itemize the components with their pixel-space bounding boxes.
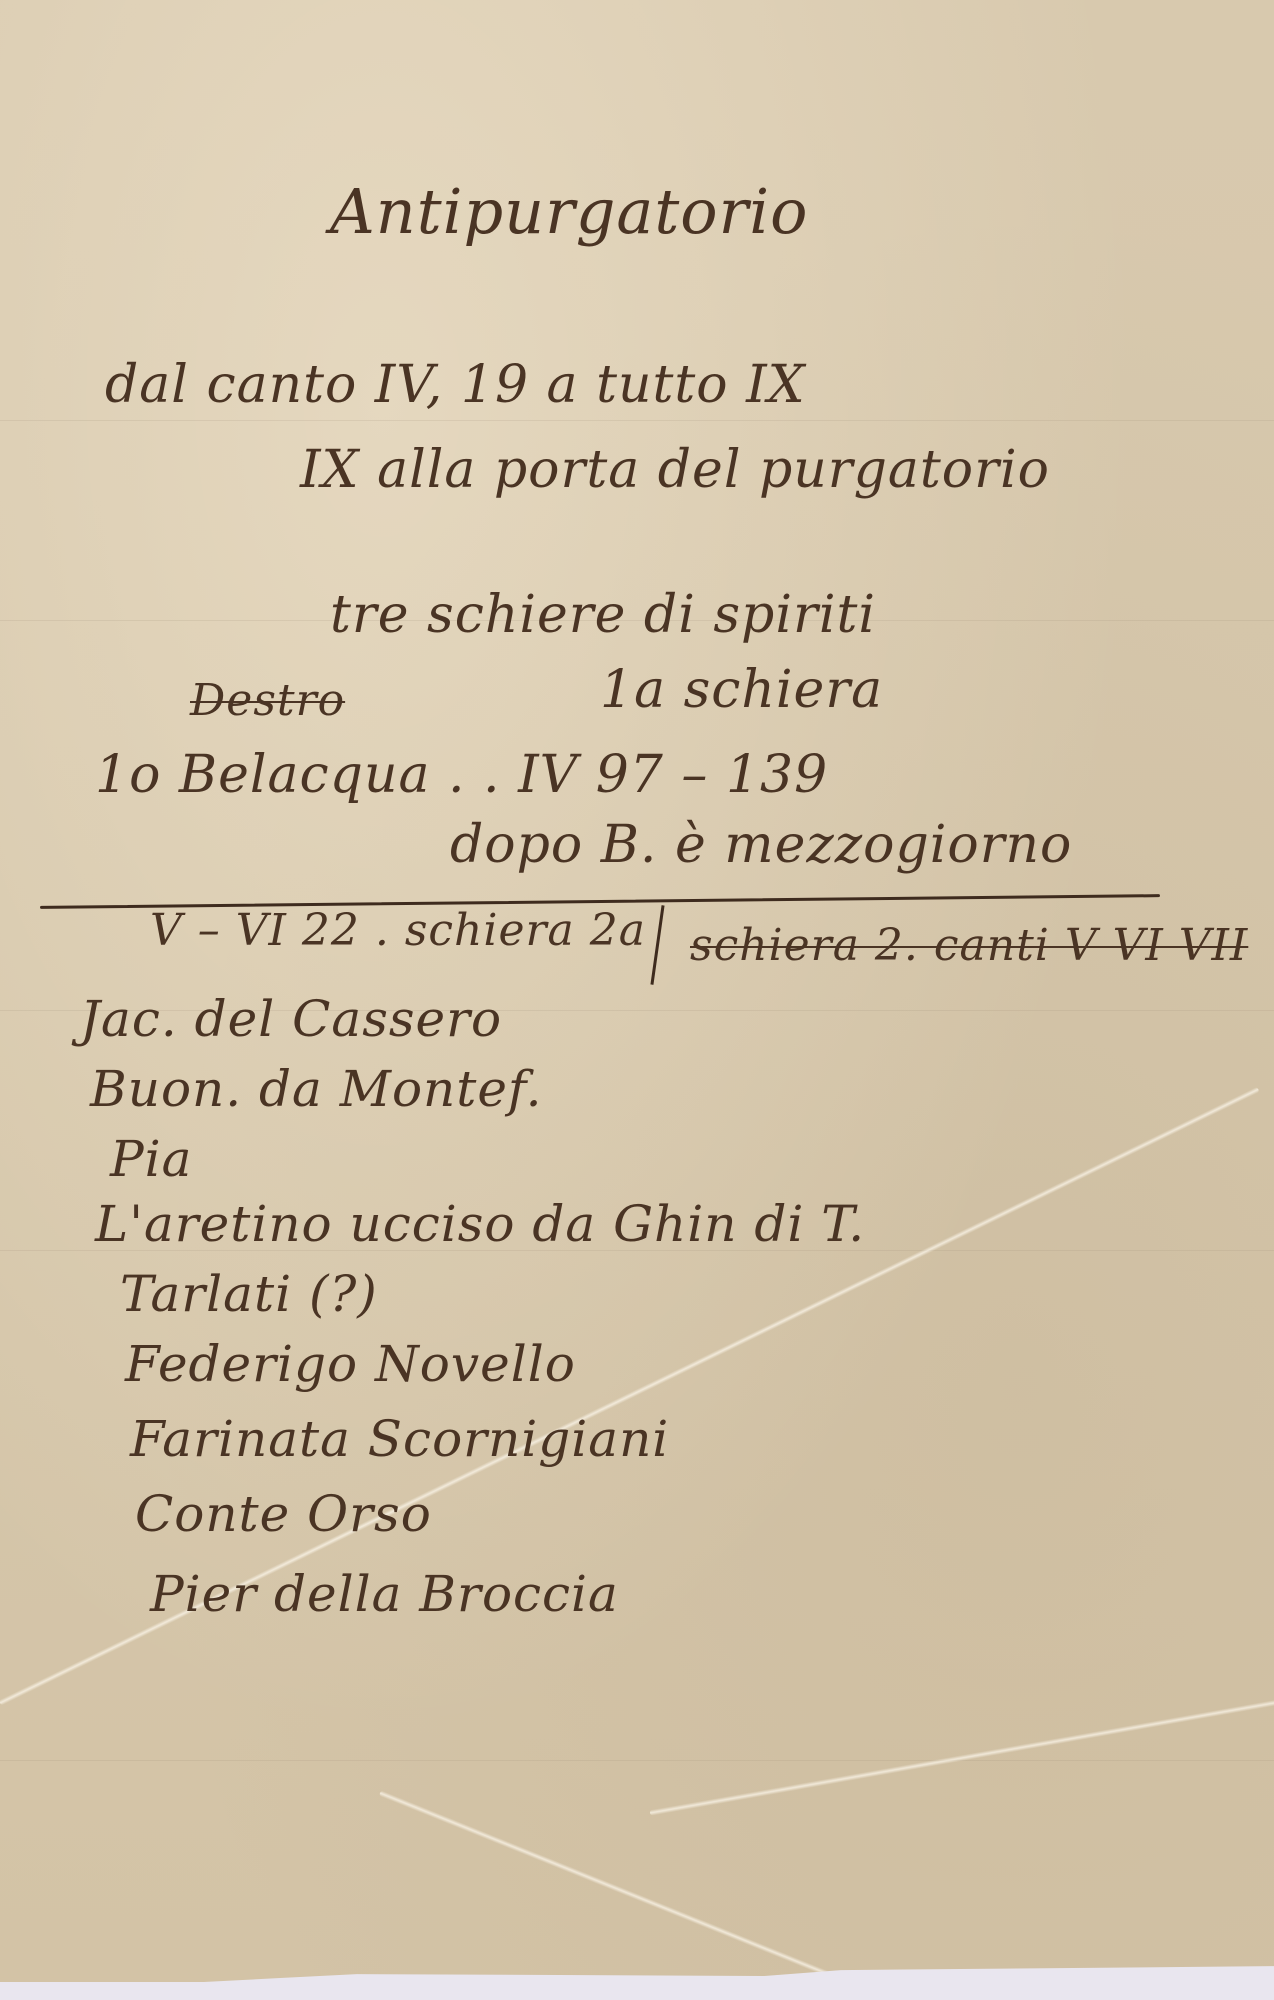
subheading: tre schiere di spiriti (330, 585, 876, 645)
name-item: Pier della Broccia (150, 1565, 619, 1623)
name-item: L'aretino ucciso da Ghin di T. (95, 1195, 865, 1253)
belacqua-note: dopo B. è mezzogiorno (450, 815, 1072, 875)
name-item: Farinata Scornigiani (130, 1410, 669, 1468)
second-group-heading: V – VI 22 . schiera 2a (150, 905, 646, 956)
document-title: Antipurgatorio (330, 175, 808, 248)
struck-note: schiera 2. canti V VI VII (690, 920, 1248, 971)
name-item: Tarlati (?) (120, 1265, 378, 1323)
vertical-separator (650, 905, 664, 985)
struck-word: Destro (190, 675, 345, 726)
ruled-line (0, 1760, 1274, 1761)
manuscript-page: Antipurgatorio dal canto IV, 19 a tutto … (0, 0, 1274, 1982)
name-item: Buon. da Montef. (90, 1060, 543, 1118)
name-item: Federigo Novello (125, 1335, 576, 1393)
belacqua-entry: 1o Belacqua . . IV 97 – 139 (95, 745, 828, 805)
canto-range-note: IX alla porta del purgatorio (300, 440, 1050, 500)
name-item: Conte Orso (135, 1485, 432, 1543)
canto-range: dal canto IV, 19 a tutto IX (105, 355, 806, 415)
paper-crease (379, 1790, 845, 1983)
paper-crease (649, 1697, 1274, 1816)
name-item: Jac. del Cassero (80, 990, 502, 1048)
ruled-line (0, 420, 1274, 421)
name-item: Pia (110, 1130, 192, 1188)
first-group-heading: 1a schiera (600, 660, 883, 720)
